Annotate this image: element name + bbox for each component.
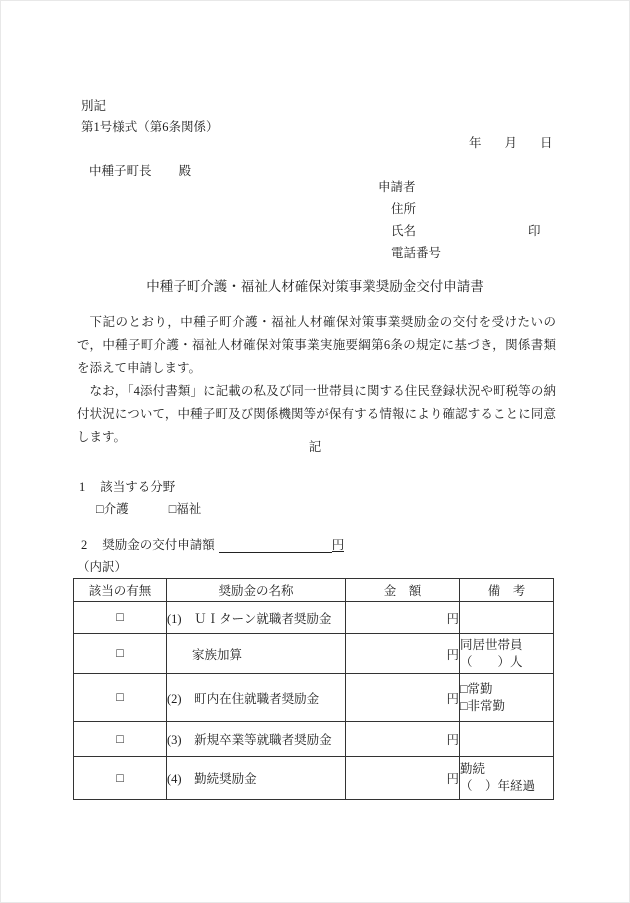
row3-name-cell: (2) 町内在住就職者奨励金 — [167, 674, 346, 722]
date-day-label: 日 — [540, 133, 553, 151]
row2-checkbox[interactable]: □ — [116, 646, 124, 660]
row3-remark-checkbox-fulltime[interactable]: □常勤 — [460, 681, 553, 698]
section2-heading: 2奨励金の交付申請額円 — [81, 535, 344, 553]
table-row: □ (2) 町内在住就職者奨励金 円 □常勤 □非常勤 — [74, 674, 554, 722]
row2-remark-line2[interactable]: （ ）人 — [460, 654, 553, 671]
header-incentive-name: 奨励金の名称 — [167, 579, 346, 602]
row5-remark-cell: 勤続 （ ）年経過 — [460, 757, 554, 800]
row4-name-cell: (3) 新規卒業等就職者奨励金 — [167, 722, 346, 757]
row5-name: (4) 勤続奨励金 — [167, 772, 257, 786]
row3-checkbox[interactable]: □ — [116, 690, 124, 704]
row4-name: (3) 新規卒業等就職者奨励金 — [167, 733, 332, 747]
row3-remark-cell: □常勤 □非常勤 — [460, 674, 554, 722]
row5-checkbox-cell: □ — [74, 757, 167, 800]
row5-unit: 円 — [446, 772, 459, 786]
row1-name: (1) ＵＩターン就職者奨励金 — [167, 612, 331, 626]
row3-name: (2) 町内在住就職者奨励金 — [167, 692, 319, 706]
row1-name-cell: (1) ＵＩターン就職者奨励金 — [167, 602, 346, 634]
header-applicability: 該当の有無 — [74, 579, 167, 602]
breakdown-label: （内訳） — [77, 557, 127, 575]
option-kaigo: □介護 — [96, 499, 129, 517]
row2-checkbox-cell: □ — [74, 634, 167, 674]
form-number: 第1号様式（第6条関係） — [81, 117, 219, 135]
table-row: □ (4) 勤続奨励金 円 勤続 （ ）年経過 — [74, 757, 554, 800]
row5-amount-cell[interactable]: 円 — [346, 757, 460, 800]
applicant-address-label: 住所 — [391, 199, 416, 217]
row2-remark-line1: 同居世帯員 — [460, 637, 553, 654]
table-row: □ 家族加算 円 同居世帯員 （ ）人 — [74, 634, 554, 674]
applicant-name-label: 氏名 — [391, 221, 416, 239]
row2-unit: 円 — [446, 648, 459, 662]
section1-heading-label: 該当する分野 — [100, 480, 175, 494]
kaigo-label: 介護 — [104, 502, 129, 516]
row2-name: 家族加算 — [167, 648, 242, 662]
application-form-page: 別記 第1号様式（第6条関係） 年 月 日 中種子町長 殿 申請者 住所 氏名 … — [0, 0, 630, 903]
row4-remark-cell — [460, 722, 554, 757]
date-year-label: 年 — [469, 133, 482, 151]
option-fukushi: □福祉 — [169, 499, 202, 517]
header-amount: 金 額 — [346, 579, 460, 602]
body-text: 下記のとおり，中種子町介護・福祉人材確保対策事業奨励金の交付を受けたいので，中種… — [77, 311, 556, 449]
row3-remark-checkbox-parttime[interactable]: □非常勤 — [460, 698, 553, 715]
section2-heading-label: 奨励金の交付申請額 — [102, 538, 215, 552]
row5-remark-line1: 勤続 — [460, 761, 553, 778]
row4-checkbox[interactable]: □ — [116, 732, 124, 746]
row4-checkbox-cell: □ — [74, 722, 167, 757]
row3-amount-cell[interactable]: 円 — [346, 674, 460, 722]
fukushi-label: 福祉 — [176, 502, 201, 516]
applicant-phone-label: 電話番号 — [391, 243, 441, 261]
section1-options: □介護 □福祉 — [96, 499, 201, 517]
record-marker: 記 — [1, 437, 629, 455]
row1-unit: 円 — [446, 612, 459, 626]
row3-unit: 円 — [446, 692, 459, 706]
row2-amount-cell[interactable]: 円 — [346, 634, 460, 674]
amount-unit-label: 円 — [332, 535, 345, 552]
row3-checkbox-cell: □ — [74, 674, 167, 722]
seal-mark: 印 — [528, 221, 541, 239]
document-title: 中種子町介護・福祉人材確保対策事業奨励金交付申請書 — [1, 275, 629, 295]
row2-remark-cell: 同居世帯員 （ ）人 — [460, 634, 554, 674]
row5-remark-line2[interactable]: （ ）年経過 — [460, 778, 553, 795]
row1-checkbox-cell: □ — [74, 602, 167, 634]
amount-blank-field[interactable] — [219, 537, 332, 553]
form-note: 別記 — [81, 96, 106, 114]
table-row: □ (1) ＵＩターン就職者奨励金 円 — [74, 602, 554, 634]
incentive-breakdown-table: 該当の有無 奨励金の名称 金 額 備 考 □ (1) ＵＩターン就職者奨励金 円… — [73, 578, 554, 800]
table-row: □ (3) 新規卒業等就職者奨励金 円 — [74, 722, 554, 757]
row1-amount-cell[interactable]: 円 — [346, 602, 460, 634]
row1-remark-cell — [460, 602, 554, 634]
row2-name-cell: 家族加算 — [167, 634, 346, 674]
row1-checkbox[interactable]: □ — [116, 610, 124, 624]
date-line: 年 月 日 — [469, 133, 553, 151]
table-header-row: 該当の有無 奨励金の名称 金 額 備 考 — [74, 579, 554, 602]
row5-checkbox[interactable]: □ — [116, 771, 124, 785]
row5-name-cell: (4) 勤続奨励金 — [167, 757, 346, 800]
section1-heading: 1該当する分野 — [79, 477, 175, 495]
kaigo-checkbox[interactable]: □ — [96, 502, 104, 516]
section2-number: 2 — [81, 538, 87, 553]
addressee-line: 中種子町長 殿 — [89, 161, 191, 179]
row4-amount-cell[interactable]: 円 — [346, 722, 460, 757]
body-paragraph-1: 下記のとおり，中種子町介護・福祉人材確保対策事業奨励金の交付を受けたいので，中種… — [77, 311, 556, 380]
section1-number: 1 — [79, 480, 85, 495]
row4-unit: 円 — [446, 733, 459, 747]
date-month-label: 月 — [505, 133, 518, 151]
header-remarks: 備 考 — [460, 579, 554, 602]
applicant-label: 申請者 — [378, 177, 416, 195]
addressee: 中種子町長 — [89, 164, 152, 178]
addressee-honorific: 殿 — [179, 164, 192, 178]
